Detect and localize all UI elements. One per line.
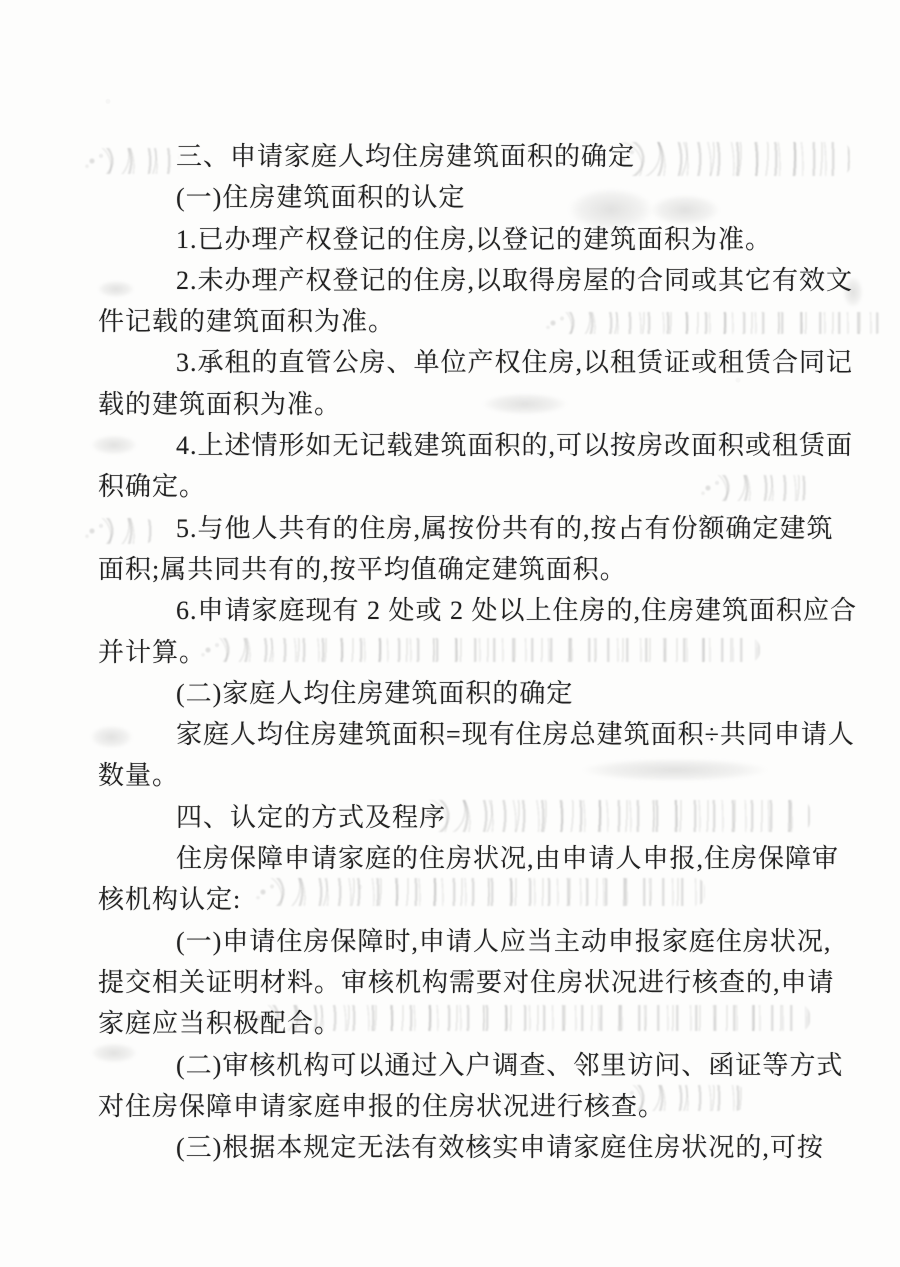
text-line: 四、认定的方式及程序 [98,797,850,838]
text-line: (二)审核机构可以通过入户调查、邻里访问、函证等方式 [98,1045,850,1086]
text-line: 6.申请家庭现有 2 处或 2 处以上住房的,住房建筑面积应合 [98,590,850,631]
text-line: (二)家庭人均住房建筑面积的确定 [98,673,850,714]
text-line: 面积;属共同共有的,按平均值确定建筑面积。 [98,549,850,590]
text-line: (一)住房建筑面积的认定 [98,177,850,218]
text-line: 3.承租的直管公房、单位产权住房,以租赁证或租赁合同记 [98,342,850,383]
text-line: 5.与他人共有的住房,属按份共有的,按占有份额确定建筑 [98,508,850,549]
scanned-document-page: { "page": { "background_color": "#fdfdfc… [0,0,900,1267]
text-line: 1.已办理产权登记的住房,以登记的建筑面积为准。 [98,219,850,260]
text-line: 4.上述情形如无记载建筑面积的,可以按房改面积或租赁面 [98,425,850,466]
text-line: 提交相关证明材料。审核机构需要对住房状况进行核查的,申请 [98,962,850,1003]
text-line: 三、申请家庭人均住房建筑面积的确定 [98,136,850,177]
text-line: 住房保障申请家庭的住房状况,由申请人申报,住房保障审 [98,838,850,879]
text-line: 2.未办理产权登记的住房,以取得房屋的合同或其它有效文 [98,260,850,301]
text-line: (一)申请住房保障时,申请人应当主动申报家庭住房状况, [98,921,850,962]
text-line: 载的建筑面积为准。 [98,384,850,425]
text-line: 并计算。 [98,632,850,673]
text-line: (三)根据本规定无法有效核实申请家庭住房状况的,可按 [98,1127,850,1168]
text-line: 积确定。 [98,466,850,507]
text-line: 家庭应当积极配合。 [98,1003,850,1044]
text-line: 家庭人均住房建筑面积=现有住房总建筑面积÷共同申请人 [98,714,850,755]
text-line: 数量。 [98,755,850,796]
document-text-block: 三、申请家庭人均住房建筑面积的确定(一)住房建筑面积的认定1.已办理产权登记的住… [98,136,850,1168]
text-line: 件记载的建筑面积为准。 [98,301,850,342]
text-line: 对住房保障申请家庭申报的住房状况进行核查。 [98,1086,850,1127]
text-line: 核机构认定: [98,879,850,920]
